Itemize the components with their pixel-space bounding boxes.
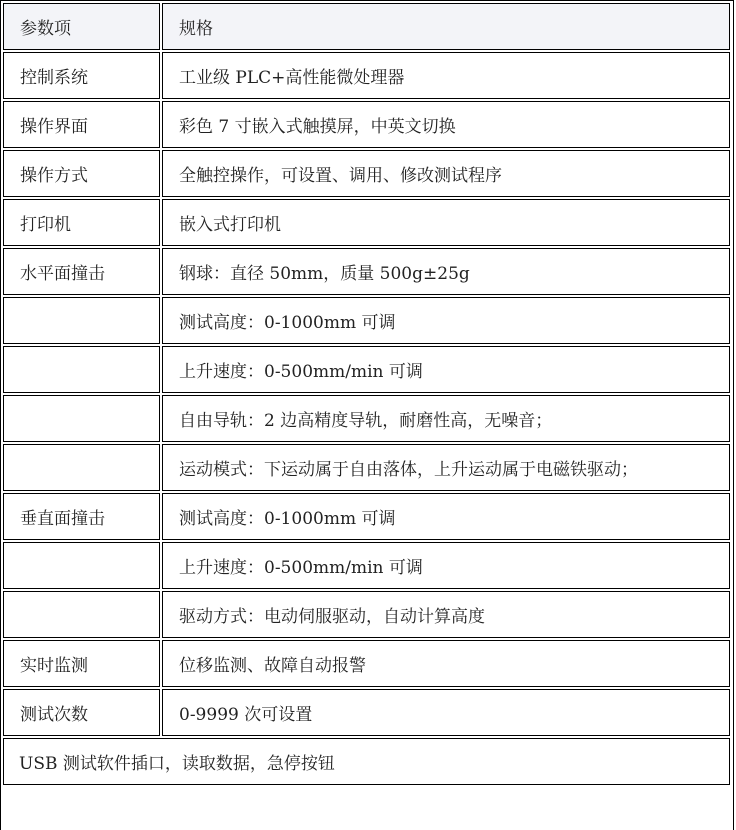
table-footer-row: USB 测试软件插口，读取数据，急停按钮 — [3, 738, 730, 785]
row-spec: 运动模式：下运动属于自由落体，上升运动属于电磁铁驱动； — [162, 444, 730, 491]
row-param — [3, 591, 160, 638]
row-param: 垂直面撞击 — [3, 493, 160, 540]
spec-table-frame: 参数项 规格 控制系统 工业级 PLC+高性能微处理器 操作界面 彩色 7 寸嵌… — [0, 0, 734, 818]
row-spec: 驱动方式：电动伺服驱动，自动计算高度 — [162, 591, 730, 638]
table-row: 驱动方式：电动伺服驱动，自动计算高度 — [3, 591, 730, 638]
table-row: 控制系统 工业级 PLC+高性能微处理器 — [3, 52, 730, 99]
row-param: 实时监测 — [3, 640, 160, 687]
table-row: 测试次数 0-9999 次可设置 — [3, 689, 730, 736]
row-param — [3, 542, 160, 589]
row-param: 操作界面 — [3, 101, 160, 148]
row-spec: 自由导轨：2 边高精度导轨，耐磨性高，无噪音； — [162, 395, 730, 442]
table-header-row: 参数项 规格 — [3, 3, 730, 50]
table-row: 垂直面撞击 测试高度：0-1000mm 可调 — [3, 493, 730, 540]
row-param: 打印机 — [3, 199, 160, 246]
row-spec: 嵌入式打印机 — [162, 199, 730, 246]
table-row: 测试高度：0-1000mm 可调 — [3, 297, 730, 344]
row-param: 控制系统 — [3, 52, 160, 99]
table-row: 实时监测 位移监测、故障自动报警 — [3, 640, 730, 687]
row-param — [3, 297, 160, 344]
row-spec: 测试高度：0-1000mm 可调 — [162, 493, 730, 540]
table-row: 运动模式：下运动属于自由落体，上升运动属于电磁铁驱动； — [3, 444, 730, 491]
table-row: 自由导轨：2 边高精度导轨，耐磨性高，无噪音； — [3, 395, 730, 442]
row-spec: 上升速度：0-500mm/min 可调 — [162, 346, 730, 393]
table-row: 打印机 嵌入式打印机 — [3, 199, 730, 246]
row-spec: 上升速度：0-500mm/min 可调 — [162, 542, 730, 589]
row-spec: 彩色 7 寸嵌入式触摸屏，中英文切换 — [162, 101, 730, 148]
row-param — [3, 395, 160, 442]
row-param: 水平面撞击 — [3, 248, 160, 295]
header-spec: 规格 — [162, 3, 730, 50]
spec-table: 参数项 规格 控制系统 工业级 PLC+高性能微处理器 操作界面 彩色 7 寸嵌… — [1, 1, 732, 787]
row-param: 操作方式 — [3, 150, 160, 197]
row-param — [3, 346, 160, 393]
header-param: 参数项 — [3, 3, 160, 50]
table-row: 水平面撞击 钢球：直径 50mm，质量 500g±25g — [3, 248, 730, 295]
row-spec: 全触控操作，可设置、调用、修改测试程序 — [162, 150, 730, 197]
table-row: 上升速度：0-500mm/min 可调 — [3, 346, 730, 393]
row-spec: 0-9999 次可设置 — [162, 689, 730, 736]
row-param — [3, 444, 160, 491]
table-row: 操作界面 彩色 7 寸嵌入式触摸屏，中英文切换 — [3, 101, 730, 148]
row-spec: 工业级 PLC+高性能微处理器 — [162, 52, 730, 99]
table-row: 操作方式 全触控操作，可设置、调用、修改测试程序 — [3, 150, 730, 197]
table-row: 上升速度：0-500mm/min 可调 — [3, 542, 730, 589]
row-spec: 钢球：直径 50mm，质量 500g±25g — [162, 248, 730, 295]
row-param: 测试次数 — [3, 689, 160, 736]
row-spec: 测试高度：0-1000mm 可调 — [162, 297, 730, 344]
row-spec: 位移监测、故障自动报警 — [162, 640, 730, 687]
footer-note: USB 测试软件插口，读取数据，急停按钮 — [3, 738, 730, 785]
